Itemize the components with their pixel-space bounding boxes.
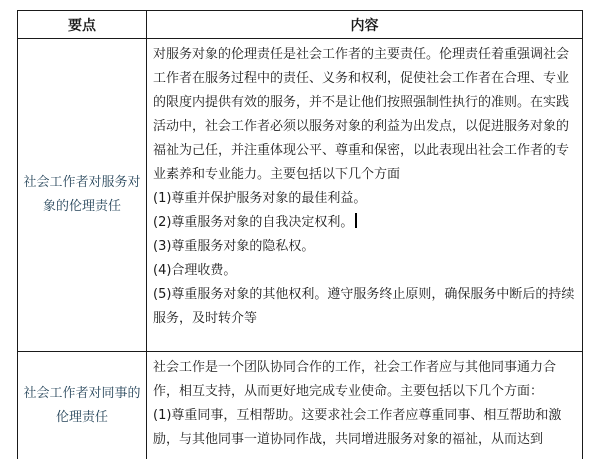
content-paragraph: 社会工作是一个团队协同合作的工作，社会工作者应与其他同事通力合作，相互支持，从而… [153, 356, 576, 404]
header-row: 要点 内容 [18, 11, 583, 39]
content-item: (2)尊重服务对象的自我决定权利。 [153, 211, 576, 235]
row-content: 社会工作是一个团队协同合作的工作，社会工作者应与其他同事通力合作，相互支持，从而… [147, 352, 583, 459]
text-cursor [355, 213, 357, 228]
content-item: (5)尊重服务对象的其他权利。遵守服务终止原则，确保服务中断后的持续服务，及时转… [153, 283, 576, 331]
table-row: 社会工作者对服务对象的伦理责任 对服务对象的伦理责任是社会工作者的主要责任。伦理… [18, 39, 583, 352]
content-item-text: (2)尊重服务对象的自我决定权利。 [153, 215, 353, 230]
header-content: 内容 [147, 11, 583, 39]
ethics-table: 要点 内容 社会工作者对服务对象的伦理责任 对服务对象的伦理责任是社会工作者的主… [17, 10, 583, 459]
content-item: (4)合理收费。 [153, 259, 576, 283]
content-item: (3)尊重服务对象的隐私权。 [153, 235, 576, 259]
row-key: 社会工作者对同事的伦理责任 [18, 352, 147, 459]
header-key-points: 要点 [18, 11, 147, 39]
row-content: 对服务对象的伦理责任是社会工作者的主要责任。伦理责任着重强调社会工作者在服务过程… [147, 39, 583, 352]
row-key: 社会工作者对服务对象的伦理责任 [18, 39, 147, 352]
content-item: (1)尊重并保护服务对象的最佳利益。 [153, 187, 576, 211]
table-row: 社会工作者对同事的伦理责任 社会工作是一个团队协同合作的工作，社会工作者应与其他… [18, 352, 583, 459]
content-paragraph: 对服务对象的伦理责任是社会工作者的主要责任。伦理责任着重强调社会工作者在服务过程… [153, 43, 576, 187]
content-item: (1)尊重同事，互相帮助。这要求社会工作者应尊重同事、相互帮助和激励，与其他同事… [153, 404, 576, 452]
